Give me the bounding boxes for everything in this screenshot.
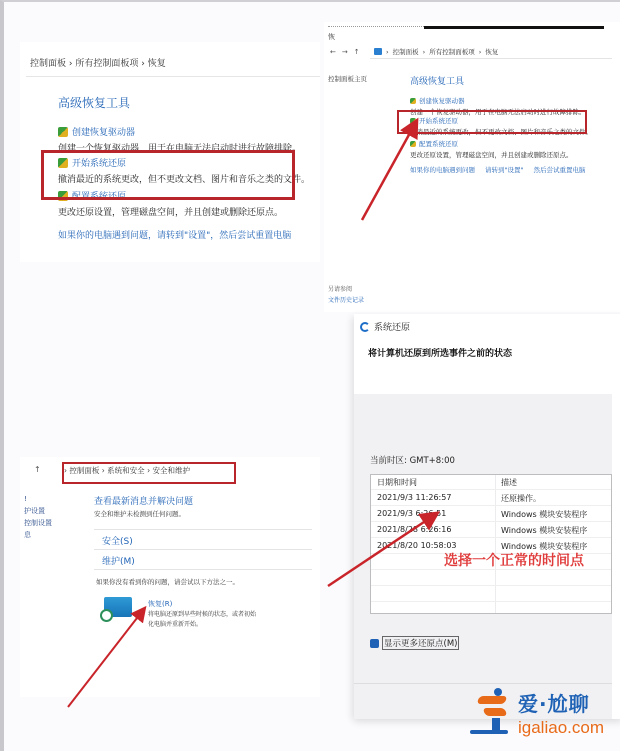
breadcrumb-item[interactable]: 所有控制面板项 <box>75 59 138 69</box>
highlight-box <box>397 110 587 134</box>
dialog-title: 系统还原 <box>360 320 410 333</box>
see-also-label: 另请参阅 <box>328 284 364 295</box>
back-icon[interactable]: ← <box>330 48 336 56</box>
table-row-empty <box>371 571 611 586</box>
configure-system-restore-link[interactable]: 配置系统还原 <box>419 139 458 148</box>
row-desc: Windows 模块安装程序 <box>501 509 587 520</box>
brand-logo-icon <box>470 688 512 738</box>
create-recovery-drive-link[interactable]: 创建恢复驱动器 <box>419 96 465 105</box>
breadcrumb-item[interactable]: 恢复 <box>148 59 166 69</box>
highlight-box <box>62 462 236 484</box>
highlight-box <box>41 150 295 200</box>
restore-clock-icon <box>100 609 113 622</box>
checkbox-checked-icon[interactable] <box>370 639 379 648</box>
breadcrumb-item[interactable]: 控制面板 <box>393 47 419 56</box>
dialog-title-text: 系统还原 <box>374 320 410 333</box>
recovery-item: 配置系统还原 更改还原设置，管理磁盘空间，并且创建或删除还原点。 <box>410 139 573 159</box>
tutorial-collage: 控制面板 › 所有控制面板项 › 恢复 高级恢复工具 创建恢复驱动器 创建一个恢… <box>0 0 620 751</box>
annotation-text: 选择一个正常的时间点 <box>444 550 584 570</box>
shield-icon <box>410 141 416 147</box>
row-desc: Windows 模块安装程序 <box>501 525 587 536</box>
up-icon[interactable]: ↑ <box>354 48 360 56</box>
table-header: 日期和时间 描述 <box>371 475 611 490</box>
reset-pc-link[interactable]: 如果你的电脑遇到问题，请转到"设置"，然后尝试重置电脑 <box>58 228 291 241</box>
show-more-restore-points-checkbox[interactable]: 显示更多还原点(M) <box>370 636 459 650</box>
table-row-empty <box>371 587 611 602</box>
row-datetime: 2021/8/20 10:58:03 <box>377 541 457 550</box>
help-link[interactable]: 如果你的电脑遇到问题 <box>410 165 475 174</box>
watermark-domain: igaliao.com <box>518 718 604 738</box>
security-panel: ↑ › 控制面板 › 系统和安全 › 安全和维护 ! 护设置 控制设置 息 查看… <box>20 457 320 697</box>
row-datetime: 2021/8/28 6:26:16 <box>377 525 451 534</box>
breadcrumb-item[interactable]: 恢复 <box>485 47 498 56</box>
create-recovery-drive-link[interactable]: 创建恢复驱动器 <box>72 125 135 138</box>
page-title: 高级恢复工具 <box>410 74 464 87</box>
window-title: 恢 <box>328 32 335 42</box>
divider <box>354 683 612 684</box>
watermark: 爱·尬聊 igaliao.com <box>470 688 604 738</box>
shield-icon <box>410 98 416 104</box>
recovery-desc-line: 化电脑并重新开始。 <box>148 620 256 630</box>
item-desc: 更改还原设置，管理磁盘空间，并且创建或删除还原点。 <box>58 205 283 218</box>
recovery-desc-line: 将电脑还原到早些时候的状态，或者初始 <box>148 610 256 620</box>
up-icon[interactable]: ↑ <box>34 465 41 474</box>
divider <box>26 76 320 77</box>
system-restore-icon <box>360 322 370 332</box>
row-datetime: 2021/9/3 6:26:51 <box>377 509 446 518</box>
shield-icon <box>58 127 68 137</box>
page-title: 查看最新消息并解决问题 <box>94 494 193 507</box>
redacted-bar <box>424 26 604 29</box>
page-title: 高级恢复工具 <box>58 94 130 111</box>
recovery-link[interactable]: 恢复(R) <box>148 599 172 609</box>
sidebar-item[interactable]: 护设置 <box>24 505 52 517</box>
help-link[interactable]: 请转到"设置" <box>485 165 523 174</box>
sidebar-item[interactable]: 控制设置 <box>24 517 52 529</box>
dialog-header: 系统还原 将计算机还原到所选事件之前的状态 <box>354 314 620 394</box>
prompt-text: 如果你没有看到你的问题，请尝试以下方法之一。 <box>96 577 239 586</box>
control-panel-home-link[interactable]: 控制面板主页 <box>328 74 367 83</box>
breadcrumb: 控制面板 › 所有控制面板项 › 恢复 <box>30 56 166 69</box>
table-row[interactable]: 2021/9/3 11:26:57 还原操作。 <box>371 491 611 506</box>
control-panel-icon <box>374 48 382 55</box>
breadcrumb-item[interactable]: 控制面板 <box>30 59 66 69</box>
breadcrumb-item[interactable]: 所有控制面板项 <box>429 47 475 56</box>
help-link[interactable]: 然后尝试重置电脑 <box>533 165 585 174</box>
table-row[interactable]: 2021/9/3 6:26:51 Windows 模块安装程序 <box>371 507 611 522</box>
maintenance-section[interactable]: 维护(M) <box>94 549 312 569</box>
sidebar-item[interactable]: 息 <box>24 529 52 541</box>
nav-buttons: ← → ↑ <box>330 48 360 56</box>
recovery-desc: 将电脑还原到早些时候的状态，或者初始 化电脑并重新开始。 <box>148 610 256 630</box>
dialog-subtitle: 将计算机还原到所选事件之前的状态 <box>368 346 512 359</box>
help-links: 如果你的电脑遇到问题 请转到"设置" 然后尝试重置电脑 <box>410 165 585 174</box>
row-datetime: 2021/9/3 11:26:57 <box>377 493 451 502</box>
divider <box>94 569 312 570</box>
security-section[interactable]: 安全(S) <box>94 529 312 549</box>
sidebar-item: ! <box>24 493 52 505</box>
page-desc: 安全和维护未检测到任何问题。 <box>94 509 185 518</box>
watermark-cn: 爱·尬聊 <box>518 688 604 717</box>
recovery-panel-small: 恢 ← → ↑ ›控制面板 ›所有控制面板项 ›恢复 控制面板主页 高级恢复工具… <box>324 22 620 312</box>
restore-points-table: 日期和时间 描述 2021/9/3 11:26:57 还原操作。 2021/9/… <box>370 474 612 614</box>
item-desc: 更改还原设置，管理磁盘空间，并且创建或删除还原点。 <box>410 150 573 159</box>
title-bar-decoration <box>328 26 424 28</box>
sidebar: ! 护设置 控制设置 息 <box>24 493 52 541</box>
column-header-datetime[interactable]: 日期和时间 <box>377 477 417 488</box>
file-history-link[interactable]: 文件历史记录 <box>328 295 364 306</box>
timezone-label: 当前时区: GMT+8:00 <box>370 454 455 466</box>
row-desc: 还原操作。 <box>501 493 541 504</box>
address-bar[interactable]: ›控制面板 ›所有控制面板项 ›恢复 <box>370 45 612 59</box>
table-row[interactable]: 2021/8/28 6:26:16 Windows 模块安装程序 <box>371 523 611 538</box>
column-header-desc[interactable]: 描述 <box>501 477 517 488</box>
system-restore-dialog: 系统还原 将计算机还原到所选事件之前的状态 当前时区: GMT+8:00 日期和… <box>354 314 620 719</box>
checkbox-label: 显示更多还原点(M) <box>382 636 459 650</box>
see-also: 另请参阅 文件历史记录 <box>328 284 364 306</box>
forward-icon[interactable]: → <box>342 48 348 56</box>
